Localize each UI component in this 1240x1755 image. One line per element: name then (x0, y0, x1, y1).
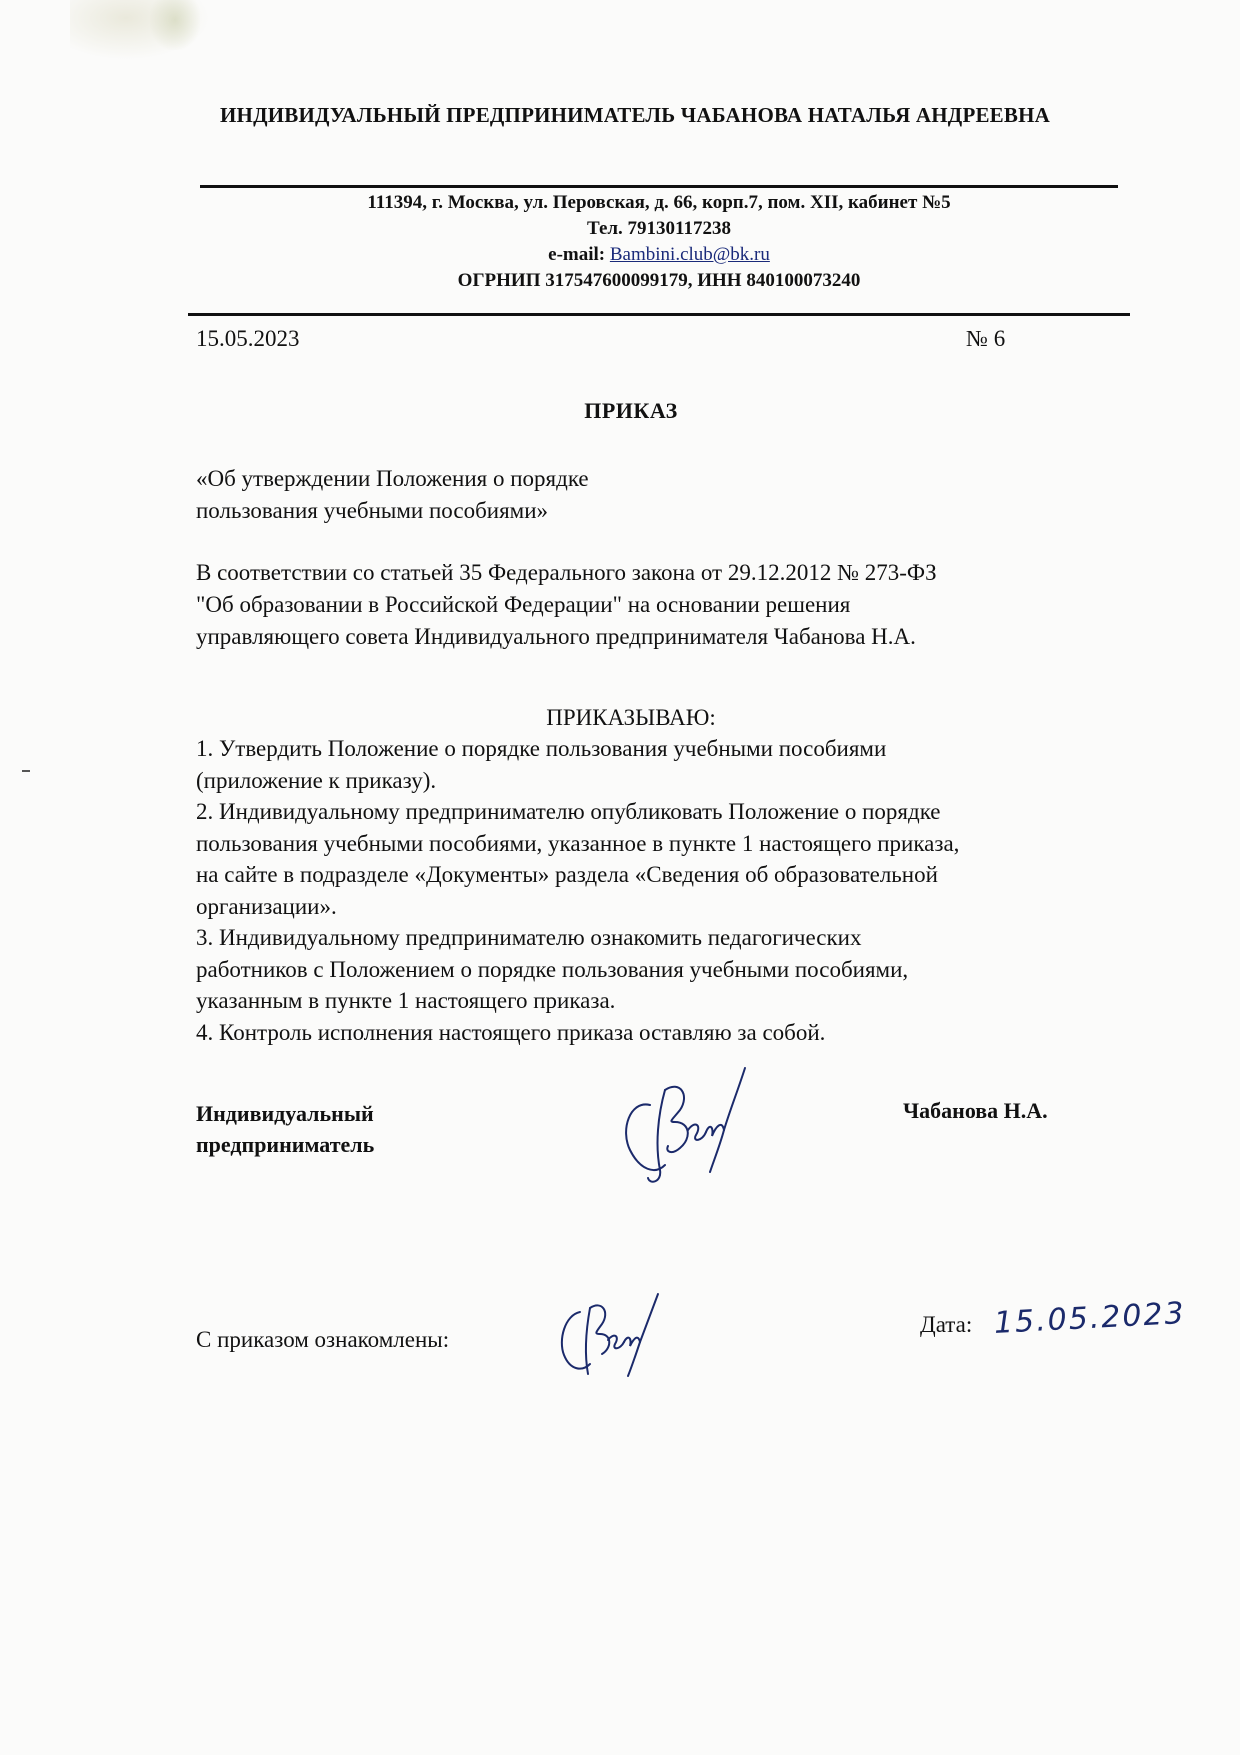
order-item-2: 2. Индивидуальному предпринимателю опубл… (196, 796, 1156, 922)
acknowledgement-label: С приказом ознакомлены: (196, 1327, 449, 1353)
document-date: 15.05.2023 (196, 326, 300, 352)
preamble-line: управляющего совета Индивидуального пред… (196, 621, 1156, 653)
order-items: 1. Утвердить Положение о порядке пользов… (196, 733, 1156, 1048)
order-item-3: 3. Индивидуальному предпринимателю ознак… (196, 922, 1156, 1017)
order-item-4: 4. Контроль исполнения настоящего приказ… (196, 1017, 1156, 1049)
company-contacts: 111394, г. Москва, ул. Перовская, д. 66,… (200, 190, 1118, 294)
document-subject: «Об утверждении Положения о порядке поль… (196, 463, 589, 527)
paper-stain (150, 0, 200, 50)
preamble-line: "Об образовании в Российской Федерации" … (196, 589, 1156, 621)
subject-line: пользования учебными пособиями» (196, 495, 589, 527)
document-title: ПРИКАЗ (196, 398, 1066, 424)
signature-icon (610, 1060, 780, 1190)
email-link[interactable]: Bambini.club@bk.ru (610, 244, 770, 265)
signatory-name: Чабанова Н.А. (903, 1098, 1048, 1124)
order-heading: ПРИКАЗЫВАЮ: (196, 705, 1066, 731)
acknowledgement-date-label: Дата: (920, 1312, 972, 1338)
subject-line: «Об утверждении Положения о порядке (196, 463, 589, 495)
company-registration: ОГРНИП 317547600099179, ИНН 840100073240 (200, 268, 1118, 294)
preamble-line: В соответствии со статьей 35 Федеральног… (196, 557, 1156, 589)
signatory-role: Индивидуальный предприниматель (196, 1098, 374, 1160)
order-item-1: 1. Утвердить Положение о порядке пользов… (196, 733, 1156, 796)
header-divider-bottom (188, 313, 1130, 316)
document-preamble: В соответствии со статьей 35 Федеральног… (196, 557, 1156, 653)
company-email-line: e-mail: Bambini.club@bk.ru (200, 242, 1118, 268)
company-name: ИНДИВИДУАЛЬНЫЙ ПРЕДПРИНИМАТЕЛЬ ЧАБАНОВА … (200, 100, 1070, 130)
acknowledgement-signature-icon (550, 1290, 680, 1380)
company-address: 111394, г. Москва, ул. Перовская, д. 66,… (200, 190, 1118, 216)
document-number: № 6 (966, 326, 1005, 352)
company-phone: Тел. 79130117238 (200, 216, 1118, 242)
margin-mark (22, 770, 30, 772)
header-divider-top (200, 185, 1118, 188)
acknowledgement-date-handwritten: 15.05.2023 (993, 1296, 1186, 1341)
email-label: e-mail: (548, 244, 605, 265)
